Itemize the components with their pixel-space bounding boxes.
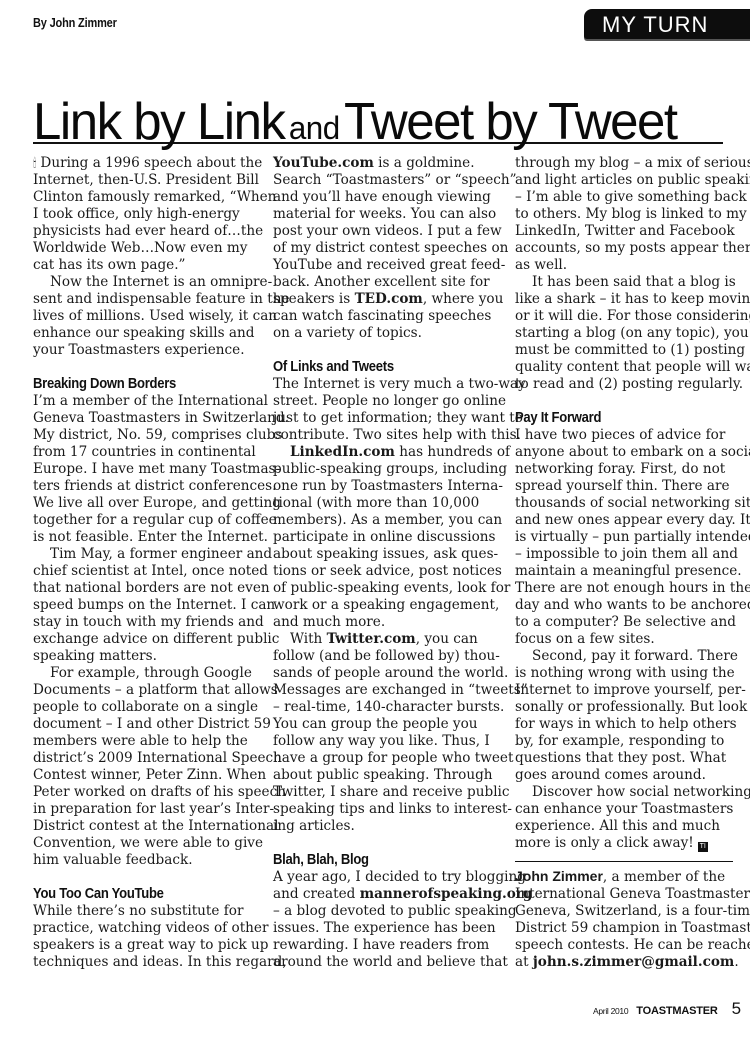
paragraph: For example, through Google Documents – …: [33, 665, 255, 869]
paragraph: While there’s no substitute for practice…: [33, 903, 255, 971]
link-blog[interactable]: mannerofspeaking.org: [360, 886, 533, 902]
column-1: 🕯During a 1996 speech about the Internet…: [33, 155, 255, 971]
toastmasters-end-mark-icon: TI: [698, 842, 708, 852]
link-twitter[interactable]: Twitter.com: [327, 631, 416, 647]
section-heading: Of Links and Tweets: [273, 359, 478, 376]
paragraph: Second, pay it forward. There is nothing…: [515, 648, 743, 784]
title-part-3: Tweet by Tweet: [344, 93, 677, 151]
paragraph: It has been said that a blog is like a s…: [515, 274, 743, 393]
issue-date: April 2010: [593, 1006, 628, 1016]
intro-paragraph: 🕯During a 1996 speech about the Internet…: [33, 155, 255, 274]
bio-author-name: John Zimmer: [515, 868, 603, 884]
byline: By John Zimmer: [33, 16, 117, 30]
link-ted[interactable]: TED.com: [355, 291, 423, 307]
link-linkedin[interactable]: LinkedIn.com: [290, 444, 395, 460]
section-heading: Blah, Blah, Blog: [273, 852, 478, 869]
article-title: Link by Link and Tweet by Tweet: [33, 66, 723, 144]
paragraph: through my blog – a mix of serious and l…: [515, 155, 743, 274]
paragraph: YouTube.com is a goldmine. Search “Toast…: [273, 155, 501, 342]
section-heading: You Too Can YouTube: [33, 886, 233, 903]
paragraph: Discover how social networking can enhan…: [515, 784, 743, 852]
paragraph: Now the Internet is an omnipre- sent and…: [33, 274, 255, 359]
paragraph: I have two pieces of advice for anyone a…: [515, 427, 743, 648]
paragraph: With Twitter.com, you can follow (and be…: [273, 631, 501, 835]
section-badge: MY TURN: [584, 9, 750, 39]
link-youtube[interactable]: YouTube.com: [273, 155, 374, 171]
paragraph: The Internet is very much a two-way stre…: [273, 376, 501, 444]
magazine-name: TOASTMASTER: [636, 1005, 717, 1017]
paragraph: A year ago, I decided to try blogging an…: [273, 869, 501, 971]
title-part-1: Link by Link: [33, 93, 284, 151]
lamp-icon: 🕯: [33, 156, 36, 170]
title-part-2: and: [289, 110, 340, 146]
section-heading: Breaking Down Borders: [33, 376, 233, 393]
section-heading: Pay It Forward: [515, 410, 720, 427]
paragraph: LinkedIn.com has hundreds of public-spea…: [273, 444, 501, 631]
bio-divider: [515, 861, 733, 862]
paragraph: Tim May, a former engineer and chief sci…: [33, 546, 255, 665]
paragraph: I’m a member of the International Geneva…: [33, 393, 255, 546]
section-badge-label: MY TURN: [602, 12, 708, 38]
column-3: through my blog – a mix of serious and l…: [515, 155, 743, 971]
column-2: YouTube.com is a goldmine. Search “Toast…: [273, 155, 501, 971]
author-email-link[interactable]: john.s.zimmer@gmail.com: [533, 954, 734, 970]
page-number: 5: [732, 999, 741, 1018]
page-footer: April 2010TOASTMASTER5: [593, 999, 741, 1019]
author-bio: John Zimmer, a member of the Internation…: [515, 868, 743, 971]
